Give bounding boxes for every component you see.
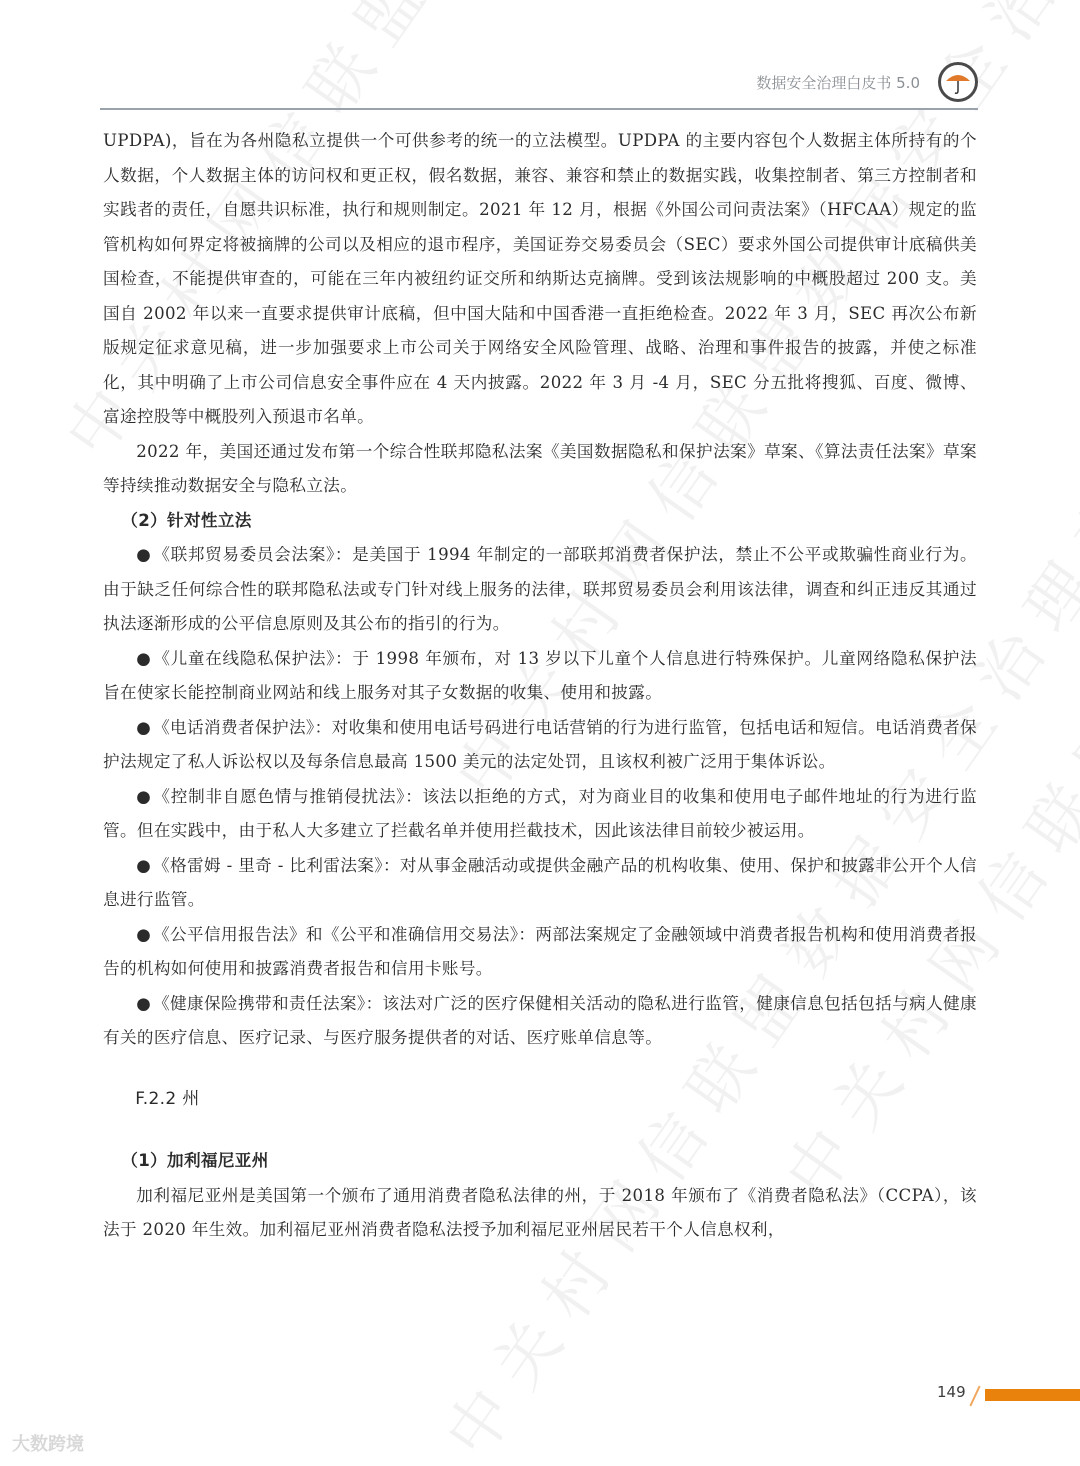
page-header: 数据安全治理白皮书 5.0 bbox=[100, 60, 978, 110]
bullet-item: 《电话消费者保护法》：对收集和使用电话号码进行电话营销的行为进行监管，包括电话和… bbox=[103, 711, 977, 780]
subheading: （1）加利福尼亚州 bbox=[103, 1144, 977, 1179]
brand-watermark: 大数跨境 bbox=[12, 1430, 84, 1456]
section-title: F.2.2 州 bbox=[103, 1082, 977, 1117]
bullet-item: 《控制非自愿色情与推销侵扰法》：该法以拒绝的方式，对为商业目的收集和使用电子邮件… bbox=[103, 780, 977, 849]
paragraph: 加利福尼亚州是美国第一个颁布了通用消费者隐私法律的州，于 2018 年颁布了《消… bbox=[103, 1179, 977, 1248]
divider bbox=[969, 1386, 980, 1407]
bullet-item: 《健康保险携带和责任法案》：该法对广泛的医疗保健相关活动的隐私进行监管，健康信息… bbox=[103, 987, 977, 1056]
bullet-item: 《联邦贸易委员会法案》：是美国于 1994 年制定的一部联邦消费者保护法，禁止不… bbox=[103, 538, 977, 642]
bullet-item: 《儿童在线隐私保护法》：于 1998 年颁布，对 13 岁以下儿童个人信息进行特… bbox=[103, 642, 977, 711]
bullet-item: 《格雷姆 - 里奇 - 比利雷法案》：对从事金融活动或提供金融产品的机构收集、使… bbox=[103, 849, 977, 918]
page-body: UPDPA)，旨在为各州隐私立提供一个可供参考的统一的立法模型。UPDPA 的主… bbox=[103, 124, 977, 1248]
umbrella-emblem-icon bbox=[938, 62, 978, 102]
subheading: （2）针对性立法 bbox=[103, 504, 977, 539]
document-title: 数据安全治理白皮书 5.0 bbox=[756, 72, 920, 93]
paragraph: UPDPA)，旨在为各州隐私立提供一个可供参考的统一的立法模型。UPDPA 的主… bbox=[103, 124, 977, 435]
page-number: 149 bbox=[937, 1383, 966, 1401]
bullet-item: 《公平信用报告法》和《公平和准确信用交易法》：两部法案规定了金融领域中消费者报告… bbox=[103, 918, 977, 987]
paragraph: 2022 年，美国还通过发布第一个综合性联邦隐私法案《美国数据隐私和保护法案》草… bbox=[103, 435, 977, 504]
accent-bar bbox=[985, 1389, 1080, 1401]
